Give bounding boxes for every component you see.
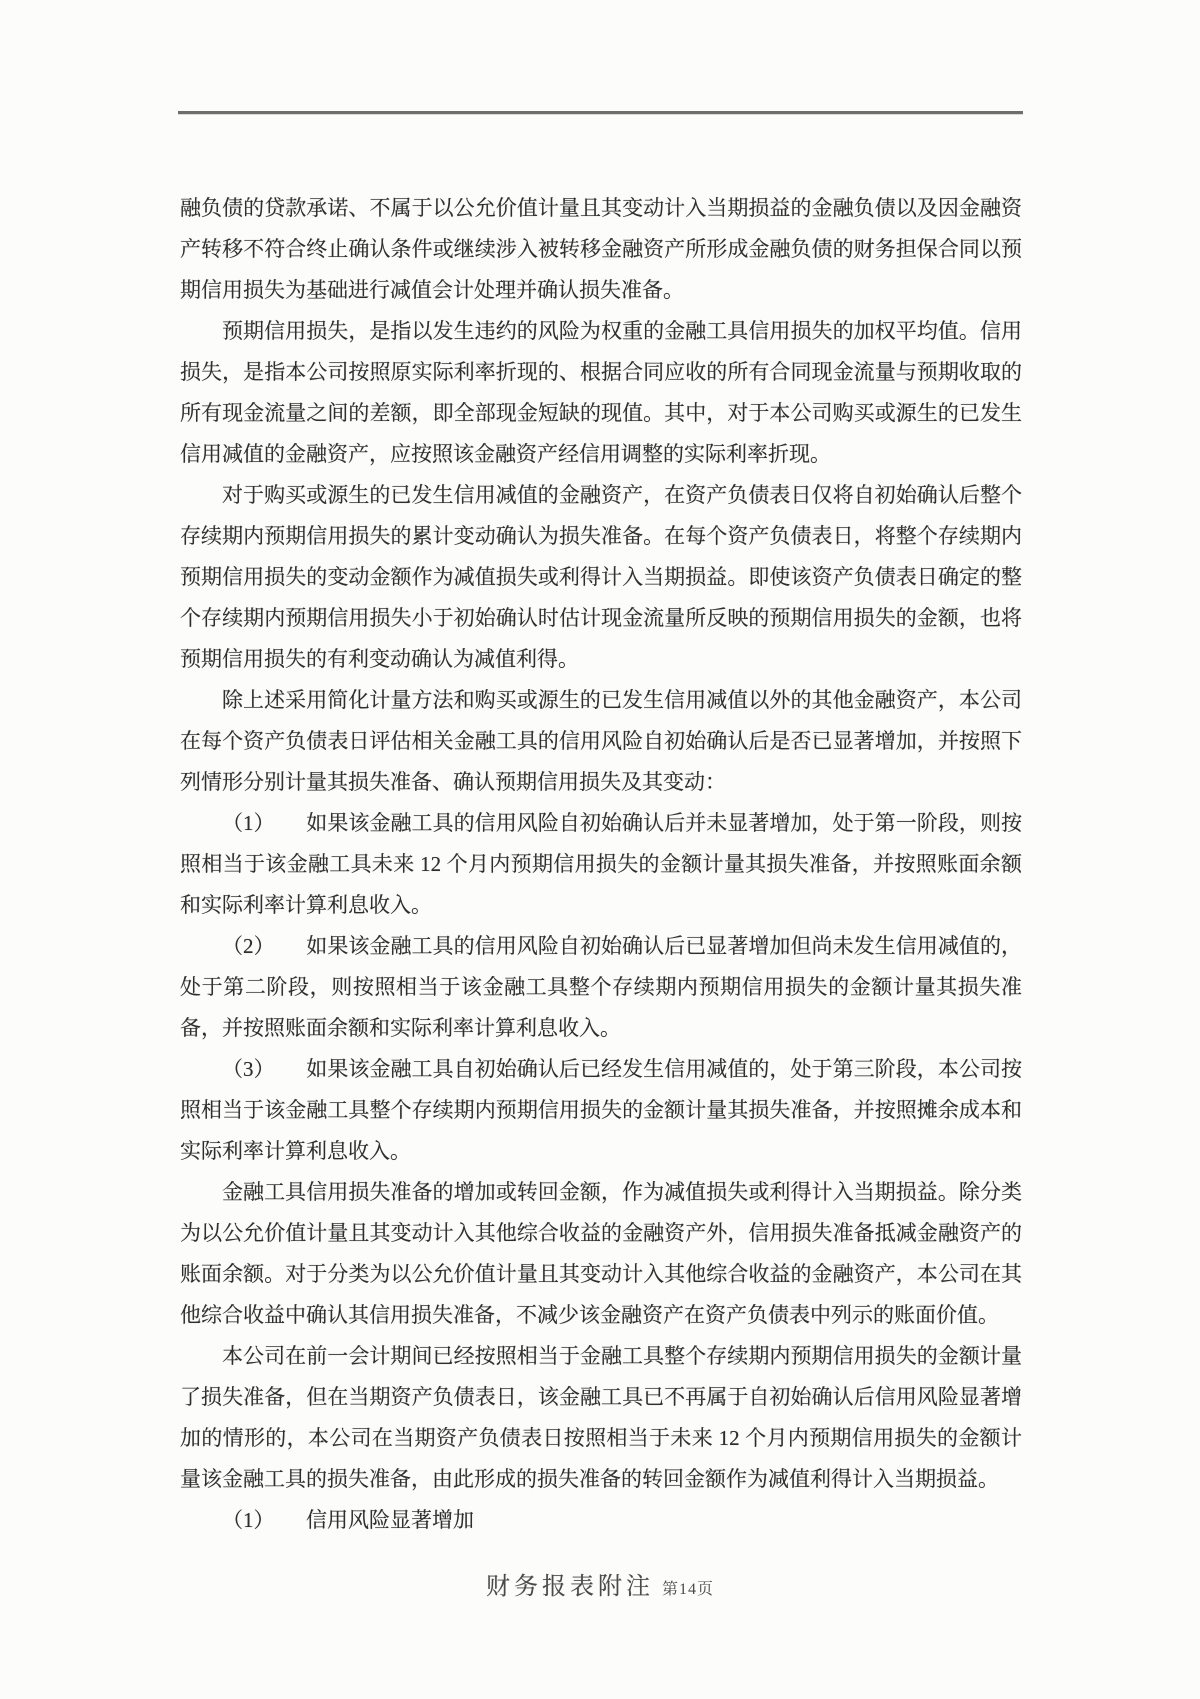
paragraph: 除上述采用简化计量方法和购买或源生的已发生信用减值以外的其他金融资产，本公司在每…: [180, 680, 1022, 803]
paragraph: （1） 信用风险显著增加: [180, 1500, 1022, 1541]
paragraph: （3） 如果该金融工具自初始确认后已经发生信用减值的，处于第三阶段，本公司按照相…: [180, 1049, 1022, 1172]
paragraph: 融负债的贷款承诺、不属于以公允价值计量且其变动计入当期损益的金融负债以及因金融资…: [180, 188, 1022, 311]
paragraph: 预期信用损失，是指以发生违约的风险为权重的金融工具信用损失的加权平均值。信用损失…: [180, 311, 1022, 475]
paragraph: 对于购买或源生的已发生信用减值的金融资产，在资产负债表日仅将自初始确认后整个存续…: [180, 475, 1022, 680]
paragraph: （2） 如果该金融工具的信用风险自初始确认后已显著增加但尚未发生信用减值的，处于…: [180, 926, 1022, 1049]
paragraph: 金融工具信用损失准备的增加或转回金额，作为减值损失或利得计入当期损益。除分类为以…: [180, 1172, 1022, 1336]
page-footer: 财务报表附注第14页: [0, 1566, 1200, 1601]
paragraph: 本公司在前一会计期间已经按照相当于金融工具整个存续期内预期信用损失的金额计量了损…: [180, 1336, 1022, 1500]
document-body: 融负债的贷款承诺、不属于以公允价值计量且其变动计入当期损益的金融负债以及因金融资…: [180, 188, 1022, 1541]
paragraph: （1） 如果该金融工具的信用风险自初始确认后并未显著增加，处于第一阶段，则按照相…: [180, 803, 1022, 926]
header-rule: [178, 111, 1023, 114]
document-page: 融负债的贷款承诺、不属于以公允价值计量且其变动计入当期损益的金融负债以及因金融资…: [0, 0, 1200, 1699]
footer-title: 财务报表附注: [486, 1574, 654, 1600]
page-number: 第14页: [662, 1581, 714, 1598]
